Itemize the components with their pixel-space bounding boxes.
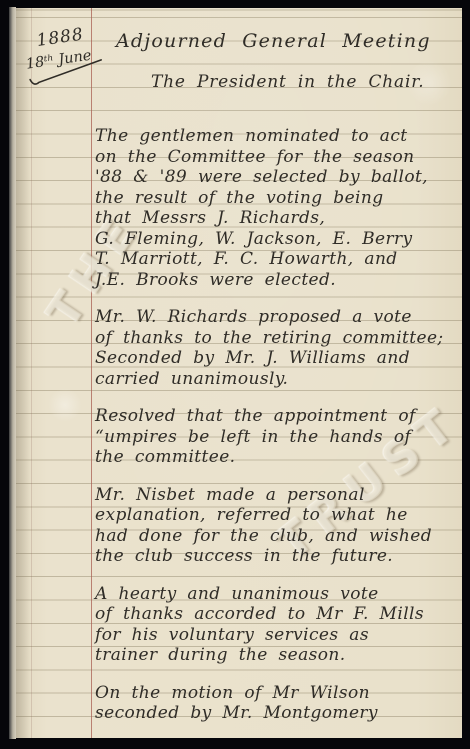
text-line: Resolved that the appointment of [95,406,458,427]
text-line: that Messrs J. Richards, [95,208,458,229]
text-line: trainer during the season. [95,645,458,666]
paragraph: On the motion of Mr Wilsonseconded by Mr… [95,683,458,724]
text-line: Mr. Nisbet made a personal [95,485,458,506]
chair-line: The President in the Chair. [151,72,425,92]
text-line: Mr. W. Richards proposed a vote [95,307,458,328]
paragraph: Resolved that the appointment of“umpires… [95,406,458,468]
text-line: T. Marriott, F. C. Howarth, and [95,249,458,270]
text-line: the result of the voting being [95,188,458,209]
text-line: “umpires be left in the hands of [95,427,458,448]
text-line: A hearty and unanimous vote [95,584,458,605]
body-paragraphs: The gentlemen nominated to acton the Com… [95,126,458,741]
paragraph: Mr. Nisbet made a personalexplanation, r… [95,485,458,567]
text-line: had done for the club, and wished [95,526,458,547]
text-line: the committee. [95,447,458,468]
paragraph: The gentlemen nominated to acton the Com… [95,126,458,290]
text-line: '88 & '89 were selected by ballot, [95,167,458,188]
text-line: for his voluntary services as [95,625,458,646]
scan-frame: THE TRUST 1888 18ᵗʰ June Adjourned Gener… [0,0,470,749]
paragraph: A hearty and unanimous voteof thanks acc… [95,584,458,666]
text-line: explanation, referred to what he [95,505,458,526]
text-line: carried unanimously. [95,369,458,390]
text-line: J.E. Brooks were elected. [95,270,458,291]
text-line: of thanks accorded to Mr F. Mills [95,604,458,625]
text-line: The gentlemen nominated to act [95,126,458,147]
meeting-title: Adjourned General Meeting [116,30,431,52]
left-edge-line [31,8,32,738]
text-line: G. Fleming, W. Jackson, E. Berry [95,229,458,250]
text-line: On the motion of Mr Wilson [95,683,458,704]
paper-stain [48,388,82,422]
minute-book-page: THE TRUST 1888 18ᵗʰ June Adjourned Gener… [16,8,462,738]
text-line: seconded by Mr. Montgomery [95,703,458,724]
text-line: the club success in the future. [95,546,458,567]
text-line: on the Committee for the season [95,147,458,168]
margin-rule-line [91,8,92,738]
book-binding-edge [9,7,16,739]
text-line: Seconded by Mr. J. Williams and [95,348,458,369]
text-line: of thanks to the retiring committee; [95,328,458,349]
paragraph: Mr. W. Richards proposed a voteof thanks… [95,307,458,389]
